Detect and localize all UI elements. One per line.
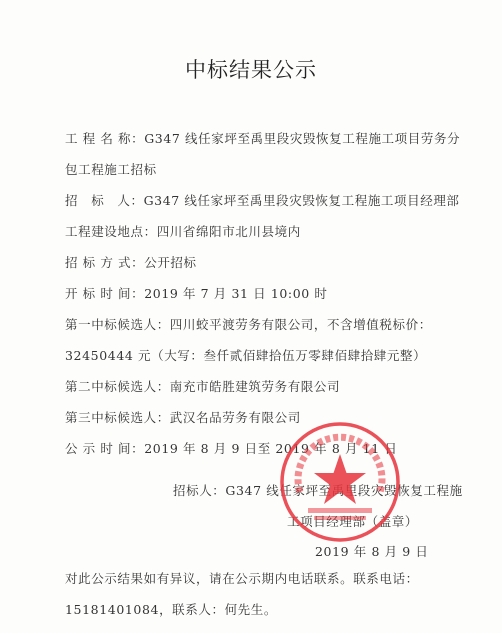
third-candidate-line: 第三中标候选人：武汉名品劳务有限公司: [65, 408, 301, 426]
project-name-line2: 包工程施工招标: [65, 160, 157, 178]
second-candidate-line: 第二中标候选人：南充市皓胜建筑劳务有限公司: [65, 377, 340, 395]
first-candidate-line: 第一中标候选人：四川蛟平渡劳务有限公司，不含增值税标价：: [65, 315, 432, 333]
objection-notice: 对此公示结果如有异议，请在公示期内电话联系。联系电话：: [65, 569, 419, 587]
project-name-line1: 工 程 名 称：G347 线任家坪至禹里段灾毁恢复工程施工项目劳务分: [65, 129, 460, 147]
opening-time-line: 开 标 时 间：2019 年 7 月 31 日 10:00 时: [65, 284, 328, 302]
location-line: 工程建设地点：四川省绵阳市北川县境内: [65, 222, 301, 240]
first-candidate-price-line: 32450444 元（大写：叁仟贰佰肆拾伍万零肆佰肆拾肆元整）: [65, 346, 426, 364]
official-seal-icon: [278, 420, 402, 544]
signature-date: 2019 年 8 月 9 日: [315, 542, 428, 560]
contact-info: 15181401084，联系人：何先生。: [65, 600, 277, 618]
tender-method-line: 招 标 方 式：公开招标: [65, 253, 197, 271]
page-title: 中标结果公示: [0, 54, 502, 84]
document-page: 中标结果公示 工 程 名 称：G347 线任家坪至禹里段灾毁恢复工程施工项目劳务…: [0, 0, 502, 633]
tenderer-line: 招 标 人：G347 线任家坪至禹里段灾毁恢复工程施工项目经理部: [65, 191, 460, 209]
